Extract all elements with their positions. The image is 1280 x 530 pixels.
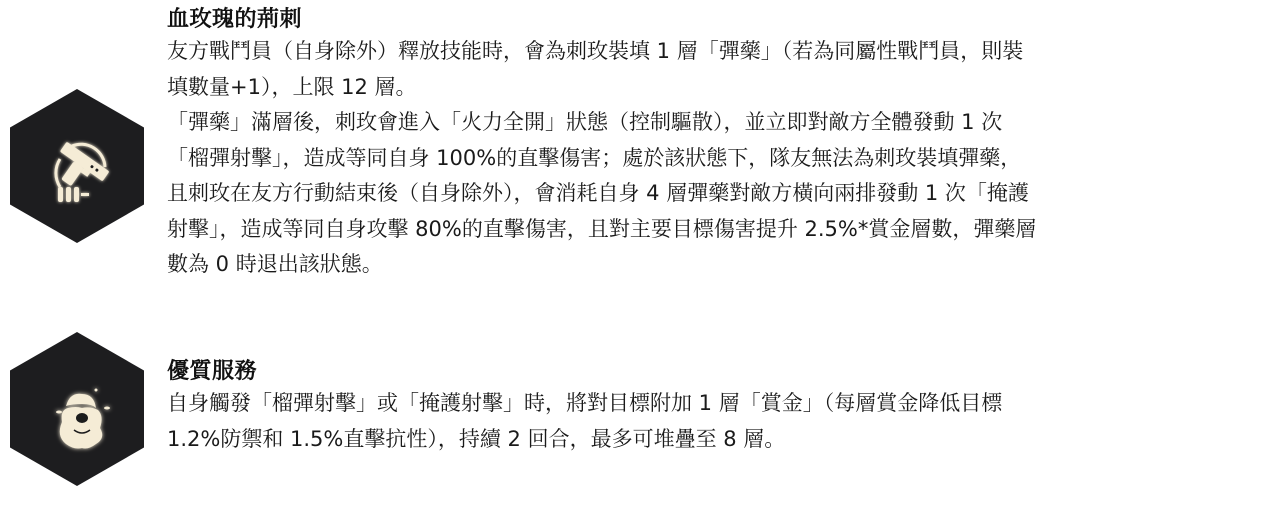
skill-icon-badge	[10, 89, 144, 243]
skill-description: 自身觸發「榴彈射擊」或「掩護射擊」時，將對目標附加 1 層「賞金」（每層賞金降低…	[167, 386, 1272, 457]
skill-icon-badge	[10, 332, 144, 486]
skill-description: 友方戰鬥員（自身除外）釋放技能時，會為刺玫裝填 1 層「彈藥」（若為同屬性戰鬥員…	[167, 34, 1272, 283]
description-line: 數為 0 時退出該狀態。	[167, 247, 1272, 283]
description-line: 填數量+1），上限 12 層。	[167, 70, 1272, 106]
hexagon-frame	[10, 332, 144, 486]
skill-title: 血玫瑰的荊刺	[167, 4, 1272, 34]
description-line: 且刺玫在友方行動結束後（自身除外），會消耗自身 4 層彈藥對敵方橫向兩排發動 1…	[167, 176, 1272, 212]
gun-ammo-icon	[10, 89, 144, 243]
description-line: 1.2%防禦和 1.5%直擊抗性），持續 2 回合，最多可堆疊至 8 層。	[167, 422, 1272, 458]
skill-text: 優質服務 自身觸發「榴彈射擊」或「掩護射擊」時，將對目標附加 1 層「賞金」（每…	[167, 356, 1272, 457]
description-line: 友方戰鬥員（自身除外）釋放技能時，會為刺玫裝填 1 層「彈藥」（若為同屬性戰鬥員…	[167, 34, 1272, 70]
bearded-figure-icon	[10, 332, 144, 486]
description-line: 「彈藥」滿層後，刺玫會進入「火力全開」狀態（控制驅散），並立即對敵方全體發動 1…	[167, 105, 1272, 141]
description-line: 「榴彈射擊」，造成等同自身 100%的直擊傷害；處於該狀態下，隊友無法為刺玫裝填…	[167, 141, 1272, 177]
description-line: 射擊」，造成等同自身攻擊 80%的直擊傷害，且對主要目標傷害提升 2.5%*賞金…	[167, 212, 1272, 248]
skill-title: 優質服務	[167, 356, 1272, 386]
hexagon-frame	[10, 89, 144, 243]
description-line: 自身觸發「榴彈射擊」或「掩護射擊」時，將對目標附加 1 層「賞金」（每層賞金降低…	[167, 386, 1272, 422]
skill-text: 血玫瑰的荊刺 友方戰鬥員（自身除外）釋放技能時，會為刺玫裝填 1 層「彈藥」（若…	[167, 4, 1272, 283]
